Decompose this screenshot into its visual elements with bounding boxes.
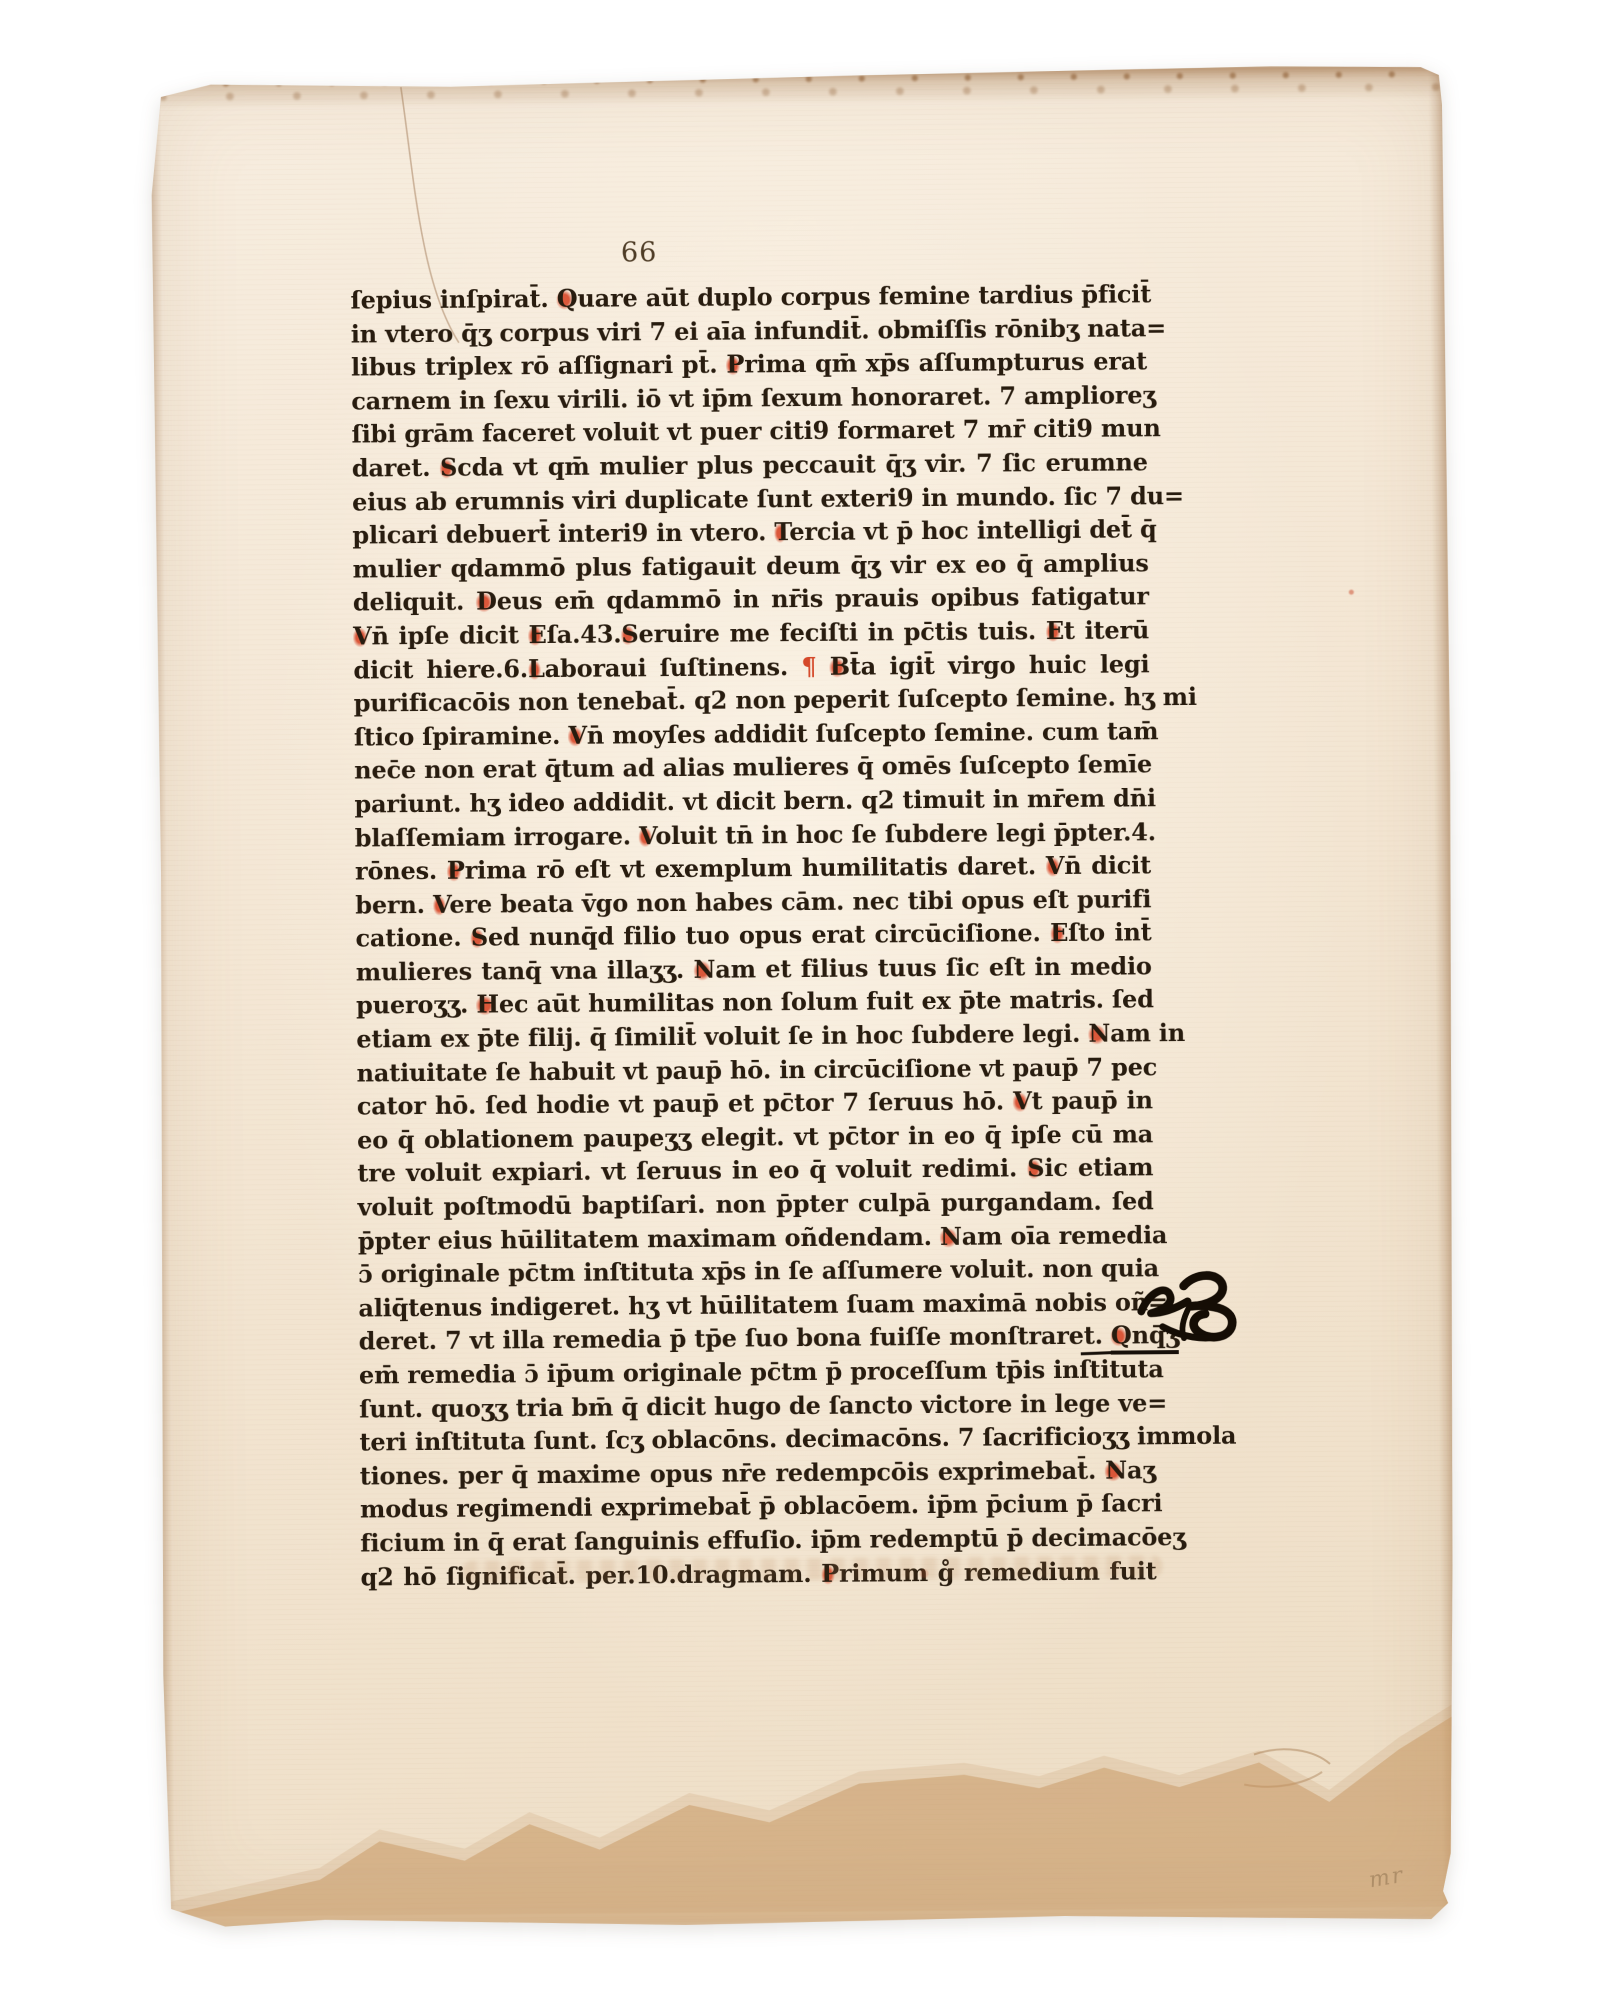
right-edge-toning — [1429, 65, 1460, 1919]
rubricated-capital: Q — [1111, 1321, 1132, 1350]
nota-bene-flourish-icon — [1135, 1267, 1252, 1360]
rubricated-capital: E — [1046, 616, 1064, 645]
incunable-leaf: 66 ſepius inſpirat̄. Quare aūt duplo cor… — [151, 65, 1460, 1929]
left-edge-toning — [151, 75, 176, 1929]
rubricated-capital: T — [774, 517, 789, 546]
rubricated-capital: S — [440, 453, 457, 482]
rubricated-capital: V — [433, 889, 449, 918]
rubricated-capital: S — [621, 619, 638, 648]
text-line: daret. Scda vt qm̄ mulier plus peccauit … — [352, 445, 1148, 485]
rubricated-capital: V — [1013, 1086, 1032, 1115]
incunable-leaf-wrap: 66 ſepius inſpirat̄. Quare aūt duplo cor… — [151, 65, 1460, 1929]
rubricated-capital: L — [528, 654, 545, 683]
text-line: ſepius inſpirat̄. Quare aūt duplo corpus… — [350, 277, 1146, 317]
rubricated-capital: V — [353, 621, 372, 650]
rubricated-capital: E — [1050, 918, 1068, 947]
text-line: ficium in q̄ erat ſanguinis effuſio. ip̄… — [360, 1520, 1156, 1560]
rubricated-capital: N — [1088, 1019, 1110, 1048]
rubricated-capital: H — [476, 990, 499, 1019]
red-offset-smudge — [919, 1569, 928, 1578]
text-line: em̄ remedia ɔ̄ ip̄um originale pc̄tm p̄ … — [359, 1352, 1155, 1392]
rubricated-capital: P — [447, 856, 465, 885]
rubricated-capital: P — [726, 350, 744, 379]
text-line: voluit poſtmodū baptiſari. non p̄pter cu… — [358, 1184, 1154, 1224]
rubricated-capital: S — [1027, 1154, 1044, 1183]
red-fleck — [1349, 590, 1354, 595]
photo-backdrop: 66 ſepius inſpirat̄. Quare aūt duplo cor… — [0, 0, 1600, 2000]
rubricated-capital: V — [1046, 851, 1065, 880]
rubricated-capital: N — [940, 1221, 962, 1250]
folio-number: 66 — [604, 237, 674, 269]
rubricated-capital: Q — [557, 284, 578, 313]
text-line: pariunt. hʒ ideo addidit. vt dicit bern.… — [354, 781, 1150, 821]
rubricated-capital: D — [476, 587, 497, 616]
text-block: ſepius inſpirat̄. Quare aūt duplo corpus… — [350, 277, 1156, 1593]
rubricated-capital: E — [528, 620, 546, 649]
text-line: Vn̄ ipſe dicit Eſa.43.Seruire me feciſti… — [353, 613, 1149, 653]
top-edge-foxing — [151, 65, 1445, 111]
rubricated-capital: N — [1105, 1455, 1127, 1484]
pencil-inscription: mr — [1367, 1863, 1406, 1893]
rubricated-capital: B — [830, 651, 850, 680]
rubricated-capital: V — [639, 821, 655, 850]
red-paragraph-mark: ¶ — [801, 651, 816, 680]
rubricated-capital: N — [693, 955, 715, 984]
rubricated-capital: V — [568, 720, 587, 749]
rubricated-capital: S — [471, 923, 488, 952]
